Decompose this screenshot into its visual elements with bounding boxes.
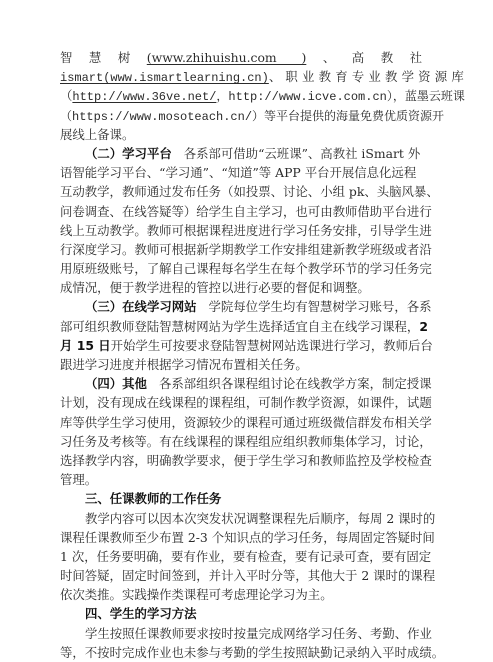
- document-page: 智 慧 树 (www.zhihuishu.com ) 、 高 教 社 ismar…: [60, 48, 422, 662]
- other-line: 计划，没有现成在线课程的课程组，可制作教学资源，如课件，试题: [60, 393, 422, 412]
- platform-line: 问卷调查、在线答疑等）给学生自主学习，也可由教师借助平台进行: [60, 202, 422, 221]
- platform-line: 线上互动教学。教师可根据课程进度进行学习任务安排，引导学生进: [60, 221, 422, 240]
- text-char: 教: [381, 48, 393, 67]
- teacher-tasks-line: 课程任课教师至少布置 2-3 个知识点的学习任务，每周固定答疑时间: [60, 528, 422, 547]
- platform-line: 行深度学习。教师可根据新学期教学工作安排组建新教学班级或者沿: [60, 240, 422, 259]
- teacher-tasks-line: 1 次，任务要明确，要有作业，要有检查，要有记录可查，要有固定: [60, 547, 422, 566]
- platform-line: 语智能学习平台、“学习通”、“知道”等 APP 平台开展信息化远程: [60, 163, 422, 182]
- intro-line-2: ismart(www.ismartlearning.cn)、职业教育专业教学资源…: [60, 67, 422, 86]
- bold-date: 月 15 日: [60, 338, 111, 353]
- text-separator: 、: [323, 48, 335, 67]
- other-line: 选择教学内容，明确教学要求，便于学生学习和教师监控及学校检查: [60, 451, 422, 470]
- 36ve-link[interactable]: http://www.36ve.net/: [72, 90, 216, 104]
- intro-line-5: 展线上备课。: [60, 125, 422, 144]
- text-char: 树: [118, 48, 130, 67]
- open-paren: （: [60, 88, 72, 103]
- intro-line-3: （http://www.36ve.net/，http://www.icve.co…: [60, 86, 422, 105]
- other-line: 库等供学生学习使用，资源较少的课程可通过班级微信群发布相关学: [60, 413, 422, 432]
- website-text: 开始学生可按要求登陆智慧树网站选课进行学习，教师后台: [111, 338, 433, 353]
- text-char: 社: [410, 48, 422, 67]
- zhihuishu-link[interactable]: (www.zhihuishu.com ): [147, 48, 307, 67]
- intro-line-2-text: 、职业教育专业教学资源库: [269, 69, 468, 84]
- other-line: 习任务及考核等。有在线课程的课程组应组织教师集体学习，讨论，: [60, 432, 422, 451]
- platform-line: 成情况，便于教学进程的管控以进行必要的督促和调整。: [60, 278, 422, 297]
- student-methods-heading: 四、学生的学习方法: [60, 604, 422, 623]
- teacher-tasks-heading: 三、任课教师的工作任务: [60, 489, 422, 508]
- platform-line: 互动教学，教师通过发布任务（如投票、讨论、小组 pk、头脑风暴、: [60, 182, 422, 201]
- teacher-tasks-line: 依次类推。实践操作类课程可考虑理论学习为主。: [60, 585, 422, 604]
- intro-line-4-text: （https://www.mosoteach.cn/）等平台提供的海量免费优质资…: [60, 110, 444, 124]
- teacher-tasks-line: 教学内容可以因本次突发状况调整课程先后顺序，每周 2 课时的: [60, 509, 422, 528]
- website-text: 学院每位学生均有智慧树学习账号，各系: [209, 299, 432, 314]
- platform-text: 各系部可借助“云班课”、高教社 iSmart 外: [184, 146, 421, 161]
- other-line: 管理。: [60, 470, 422, 489]
- intro-line-3-text: ，http://www.icve.com.cn），蓝墨云班课: [216, 90, 464, 104]
- other-paragraph-first-line: （四）其他各系部组织各课程组讨论在线教学方案，制定授课: [60, 374, 422, 393]
- intro-line-4: （https://www.mosoteach.cn/）等平台提供的海量免费优质资…: [60, 106, 422, 125]
- text-char: 慧: [89, 48, 101, 67]
- website-text: 部可组织教师登陆智慧树网站为学生选择适宜自主在线学习课程，: [60, 319, 419, 334]
- website-line: 跟进学习进度并根据学习情况布置相关任务。: [60, 355, 422, 374]
- website-line: 部可组织教师登陆智慧树网站为学生选择适宜自主在线学习课程，2: [60, 317, 422, 336]
- student-methods-line: 等，不按时完成作业也未参与考勤的学生按照缺勤记录纳入平时成绩。: [60, 643, 422, 662]
- platform-heading: （二）学习平台: [85, 146, 172, 161]
- intro-line-1: 智 慧 树 (www.zhihuishu.com ) 、 高 教 社: [60, 48, 422, 67]
- ismart-link[interactable]: ismart(www.ismartlearning.cn): [60, 71, 269, 85]
- bold-date-number: 2: [419, 319, 428, 334]
- website-heading: （三）在线学习网站: [85, 299, 197, 314]
- student-methods-line: 学生按照任课教师要求按时按量完成网络学习任务、考勤、作业: [60, 624, 422, 643]
- teacher-tasks-line: 时间答疑，固定时间签到，并计入平时分等，其他大于 2 课时的课程: [60, 566, 422, 585]
- other-text: 各系部组织各课程组讨论在线教学方案，制定授课: [159, 376, 432, 391]
- website-paragraph-first-line: （三）在线学习网站学院每位学生均有智慧树学习账号，各系: [60, 297, 422, 316]
- website-line: 月 15 日开始学生可按要求登陆智慧树网站选课进行学习，教师后台: [60, 336, 422, 355]
- other-heading: （四）其他: [85, 376, 147, 391]
- text-char: 高: [352, 48, 364, 67]
- platform-line: 用原班级账号，了解自己课程每名学生在每个教学环节的学习任务完: [60, 259, 422, 278]
- text-char: 智: [60, 48, 72, 67]
- platform-paragraph-first-line: （二）学习平台各系部可借助“云班课”、高教社 iSmart 外: [60, 144, 422, 163]
- intro-line-5-text: 展线上备课。: [60, 127, 134, 142]
